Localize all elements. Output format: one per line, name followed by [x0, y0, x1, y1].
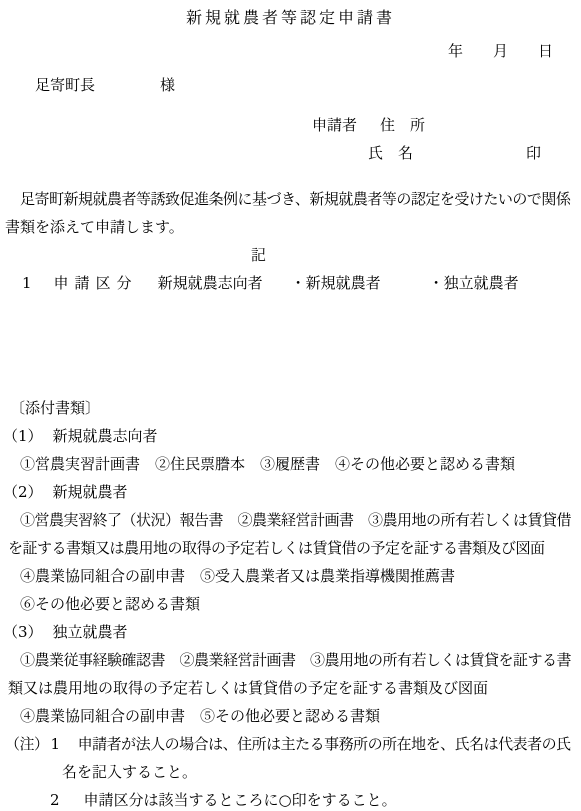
- name-seal-line: 氏 名印: [0, 139, 581, 167]
- section-2-documents-line-2: を証する書類又は農用地の取得の予定若しくは賃貸借の予定を証する書類及び図面: [0, 534, 581, 562]
- ki-heading: 記: [0, 241, 581, 269]
- recipient-name: 足寄町長: [35, 76, 95, 94]
- page-title: 新規就農者等認定申請書: [0, 4, 581, 32]
- applicant-label: 申請者: [312, 116, 357, 134]
- category-option-shinki-shunosha: ・新規就農者: [291, 274, 381, 292]
- note-1-number: 1: [51, 735, 60, 753]
- section-3-heading: （3）独立就農者: [0, 618, 581, 646]
- honorific-label: 様: [160, 76, 175, 94]
- date-line: 年 月 日: [0, 37, 581, 65]
- section-3-title: 独立就農者: [53, 623, 128, 641]
- applicant-address-line: 申請者住 所: [0, 111, 581, 139]
- name-label: 氏 名: [368, 144, 413, 162]
- note-1-text: 申請者が法人の場合は、住所は主たる事務所の所在地を、氏名は代表者の氏: [78, 735, 571, 753]
- section-2-documents-line-1: ①営農実習終了（状況）報告書 ②農業経営計画書 ③農用地の所有若しくは賃貸借: [0, 506, 581, 534]
- note-1-line-1: （注）1申請者が法人の場合は、住所は主たる事務所の所在地を、氏名は代表者の氏: [0, 730, 581, 758]
- body-paragraph-line-2: 書類を添えて申請します。: [0, 213, 581, 241]
- category-label: 申請区分: [54, 274, 138, 292]
- section-2-heading: （2）新規就農者: [0, 478, 581, 506]
- category-number: 1: [22, 274, 32, 292]
- section-1-number: （1）: [3, 427, 43, 445]
- section-3-documents-line-3: ④農業協同組合の副申書 ⑤その他必要と認める書類: [0, 702, 581, 730]
- section-2-number: （2）: [3, 483, 43, 501]
- section-2-title: 新規就農者: [53, 483, 128, 501]
- note-2-text: 申請区分は該当するところに○印をすること。: [84, 791, 397, 809]
- application-category-line: 1申請区分新規就農志向者・新規就農者・独立就農者: [0, 269, 581, 297]
- note-2-number: 2: [50, 791, 60, 809]
- category-option-dokuritsu-shunosha: ・独立就農者: [429, 274, 519, 292]
- category-option-shinki-shikosha: 新規就農志向者: [158, 274, 263, 292]
- section-3-documents-line-2: 類又は農用地の取得の予定若しくは賃貸借の予定を証する書類及び図面: [0, 674, 581, 702]
- section-3-documents-line-1: ①農業従事経験確認書 ②農業経営計画書 ③農用地の所有若しくは賃貸を証する書: [0, 646, 581, 674]
- section-2-documents-line-3: ④農業協同組合の副申書 ⑤受入農業者又は農業指導機関推薦書: [0, 562, 581, 590]
- section-1-title: 新規就農志向者: [53, 427, 158, 445]
- section-3-number: （3）: [3, 623, 43, 641]
- note-2-line: 2申請区分は該当するところに○印をすること。: [0, 786, 581, 811]
- application-form-page: 新規就農者等認定申請書 年 月 日 足寄町長様 申請者住 所 氏 名印 足寄町新…: [0, 0, 581, 811]
- note-1-line-2: 名を記入すること。: [0, 758, 581, 786]
- address-label: 住 所: [380, 116, 425, 134]
- section-2-documents-line-4: ⑥その他必要と認める書類: [0, 590, 581, 618]
- seal-label: 印: [526, 139, 541, 167]
- section-1-heading: （1）新規就農志向者: [0, 422, 581, 450]
- section-1-documents-line: ①営農実習計画書 ②住民票謄本 ③履歴書 ④その他必要と認める書類: [0, 450, 581, 478]
- attachments-header: 〔添付書類〕: [0, 394, 581, 422]
- notes-label: （注）: [5, 735, 49, 753]
- vertical-spacer: [0, 297, 581, 394]
- body-paragraph-line-1: 足寄町新規就農者等誘致促進条例に基づき、新規就農者等の認定を受けたいので関係: [0, 185, 581, 213]
- recipient-line: 足寄町長様: [0, 71, 581, 99]
